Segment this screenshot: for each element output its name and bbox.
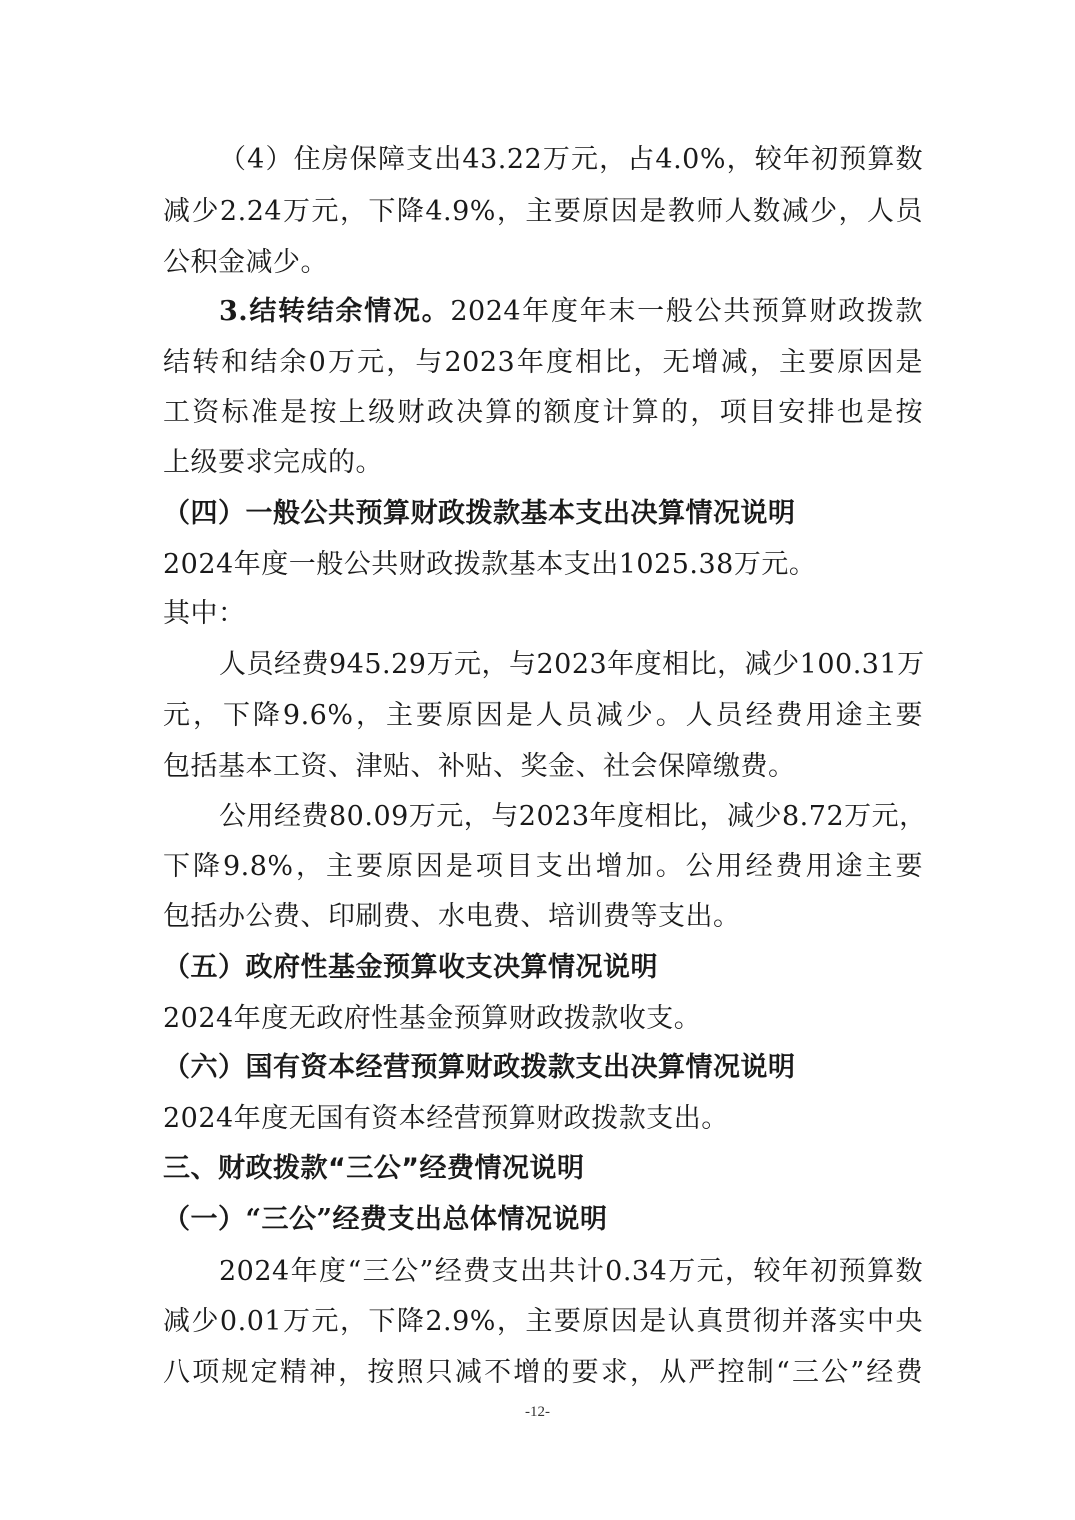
three-public-line-3: 八项规定精神，按照只减不增的要求，从严控制“三公”经费 <box>163 1348 923 1398</box>
section-four-heading: （四）一般公共预算财政拨款基本支出决算情况说明 <box>163 489 923 539</box>
paragraph-carryover-line-3: 工资标准是按上级财政决算的额度计算的，项目安排也是按 <box>163 388 923 438</box>
public-expense-line-3: 包括办公费、印刷费、水电费、培训费等支出。 <box>163 892 923 942</box>
public-expense-line-2: 下降9.8%，主要原因是项目支出增加。公用经费用途主要 <box>163 842 923 892</box>
carryover-line-1-text: 2024年度年末一般公共预算财政拨款 <box>450 296 923 327</box>
paragraph-carryover-line-4: 上级要求完成的。 <box>163 438 923 488</box>
three-public-line-2: 减少0.01万元，下降2.9%，主要原因是认真贯彻并落实中央 <box>163 1297 923 1347</box>
part-three-heading: 三、财政拨款“三公”经费情况说明 <box>163 1144 923 1194</box>
section-five-body: 2024年度无政府性基金预算财政拨款收支。 <box>163 994 923 1044</box>
section-four-among: 其中： <box>163 589 923 639</box>
carryover-lead-heading: 3.结转结余情况。 <box>219 296 450 327</box>
paragraph-carryover-line-2: 结转和结余0万元，与2023年度相比，无增减，主要原因是 <box>163 338 923 388</box>
document-page: （4）住房保障支出43.22万元，占4.0%，较年初预算数 减少2.24万元，下… <box>0 0 1075 1520</box>
paragraph-carryover-line-1: 3.结转结余情况。2024年度年末一般公共预算财政拨款 <box>219 287 923 337</box>
section-six-body: 2024年度无国有资本经营预算财政拨款支出。 <box>163 1094 923 1144</box>
personnel-line-2: 元，下降9.6%，主要原因是人员减少。人员经费用途主要 <box>163 691 923 741</box>
personnel-line-3: 包括基本工资、津贴、补贴、奖金、社会保障缴费。 <box>163 742 923 792</box>
personnel-line-1: 人员经费945.29万元，与2023年度相比，减少100.31万 <box>219 640 923 690</box>
section-six-heading: （六）国有资本经营预算财政拨款支出决算情况说明 <box>163 1043 923 1093</box>
three-public-line-1: 2024年度“三公”经费支出共计0.34万元，较年初预算数 <box>219 1247 923 1297</box>
public-expense-line-1: 公用经费80.09万元，与2023年度相比，减少8.72万元， <box>219 792 923 842</box>
section-four-summary: 2024年度一般公共财政拨款基本支出1025.38万元。 <box>163 540 923 590</box>
paragraph-housing-line-1: （4）住房保障支出43.22万元，占4.0%，较年初预算数 <box>219 135 923 185</box>
part-three-sub-one-heading: （一）“三公”经费支出总体情况说明 <box>163 1195 923 1245</box>
paragraph-housing-line-2: 减少2.24万元，下降4.9%，主要原因是教师人数减少，人员 <box>163 187 923 237</box>
page-number: -12- <box>0 1404 1075 1421</box>
paragraph-housing-line-3: 公积金减少。 <box>163 238 923 288</box>
section-five-heading: （五）政府性基金预算收支决算情况说明 <box>163 943 923 993</box>
